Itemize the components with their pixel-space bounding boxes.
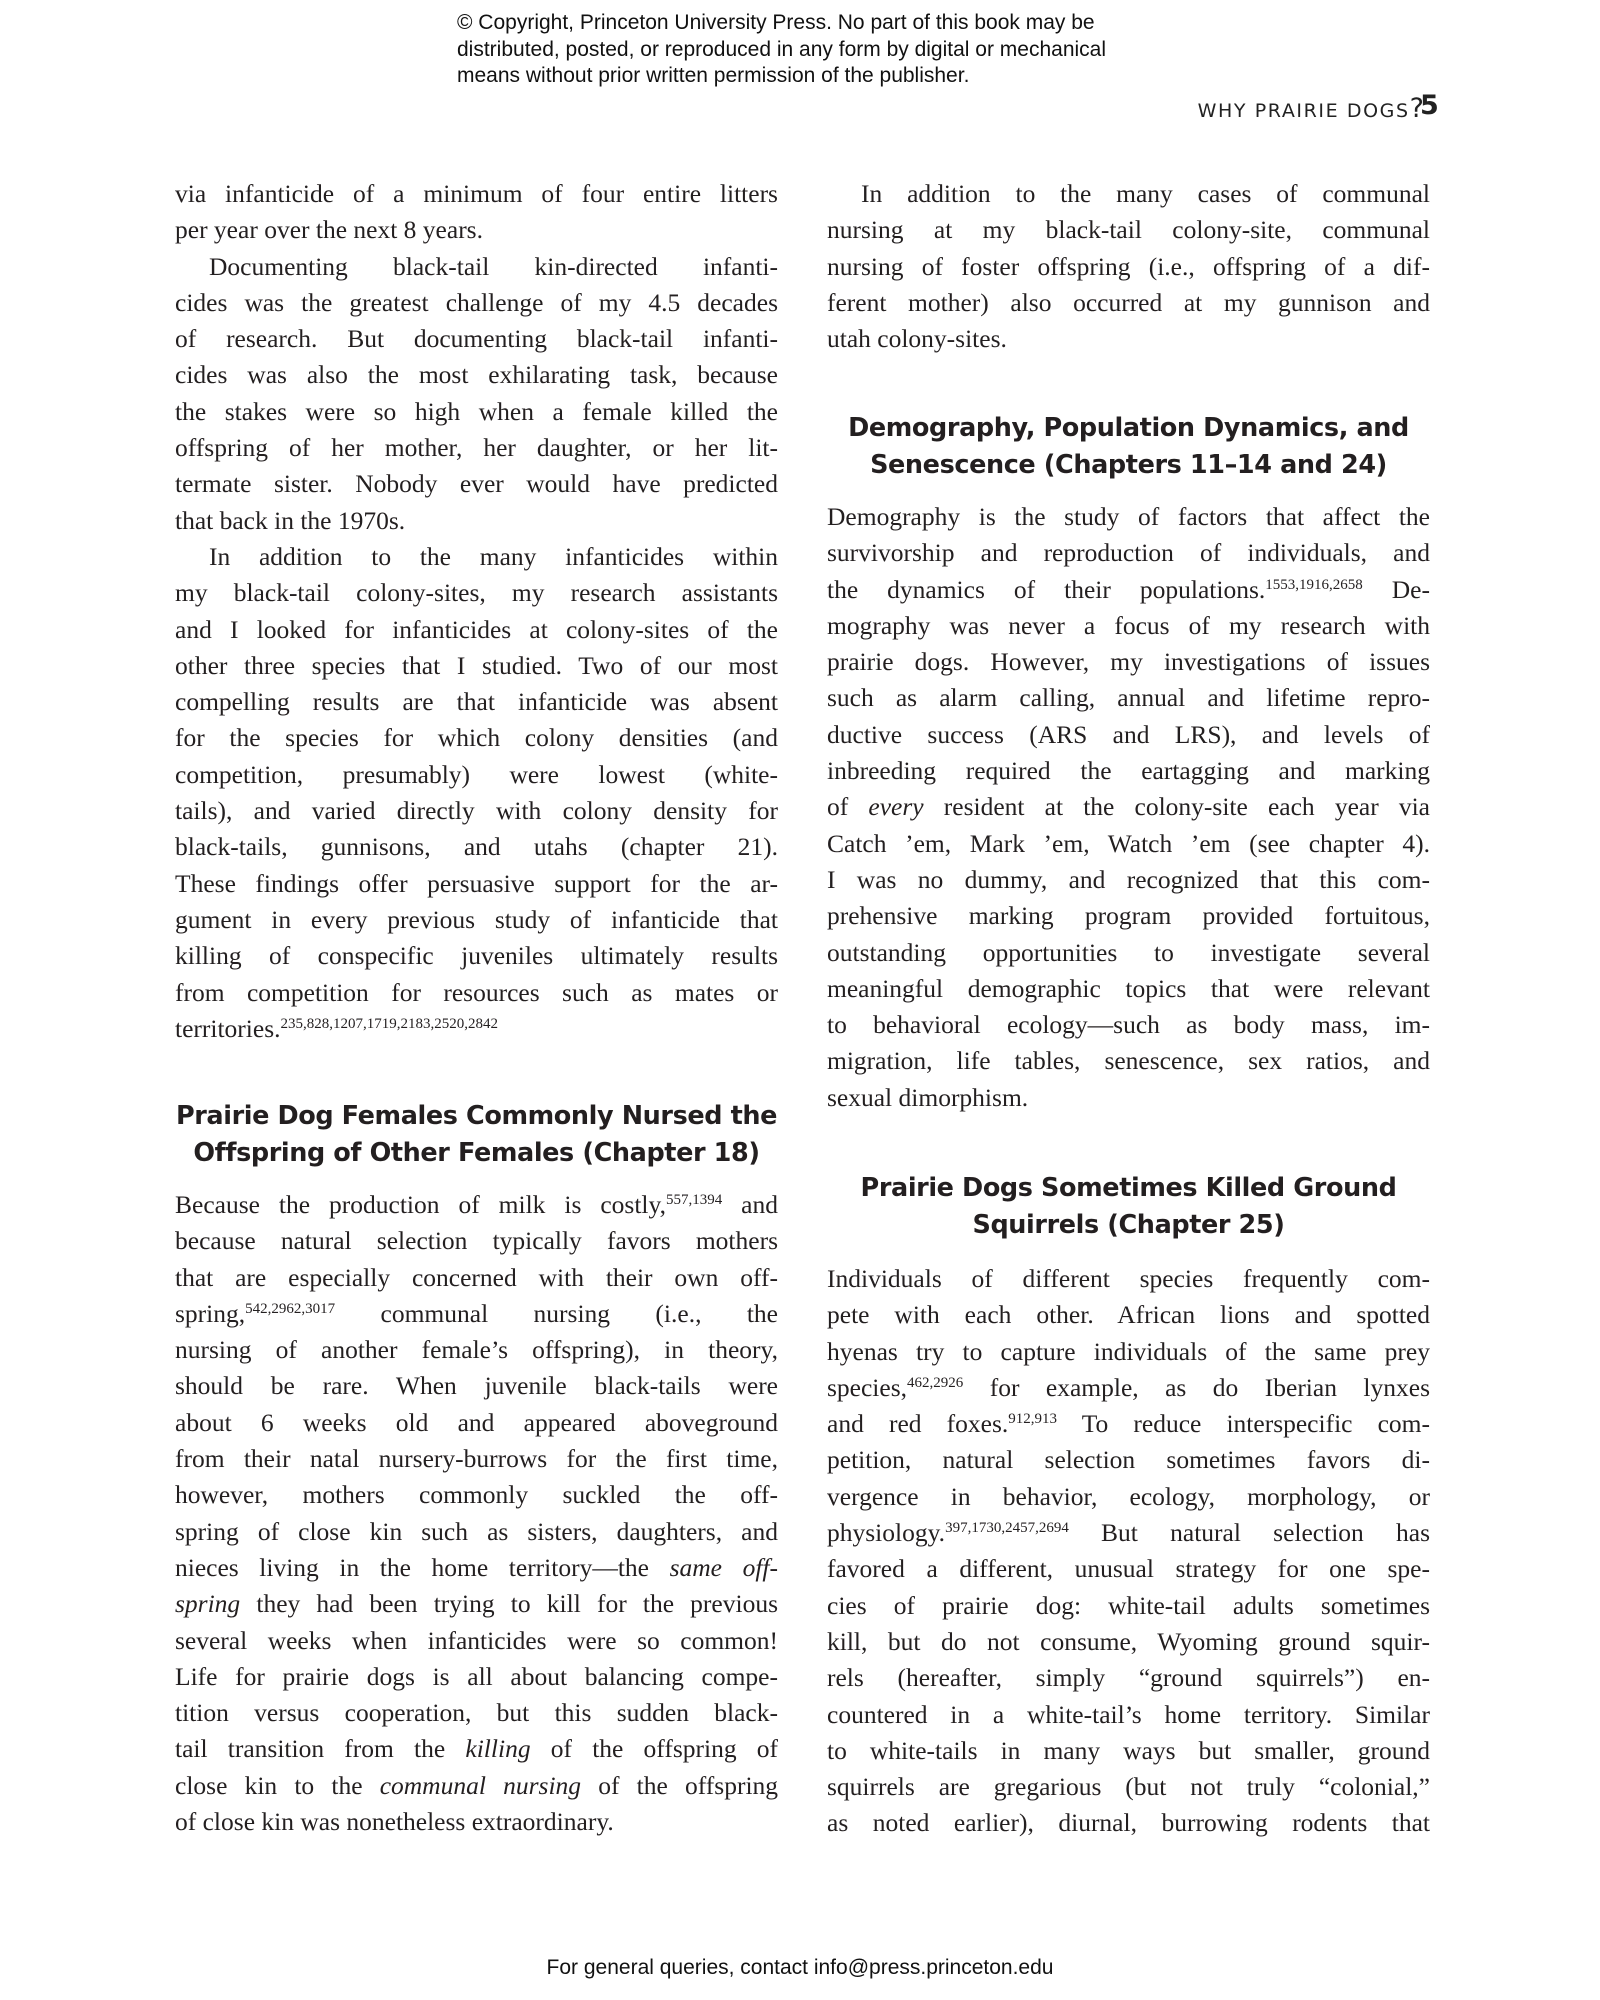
copyright-line: distributed, posted, or reproduced in an… [457, 37, 1217, 64]
italic-span: communal nursing [380, 1771, 581, 1800]
text-line: gument in every previous study of infant… [175, 902, 778, 938]
text-line: In addition to the many infanticides wit… [175, 539, 778, 575]
text-span: De- [1392, 575, 1430, 604]
text-line: tition versus cooperation, but this sudd… [175, 1695, 778, 1731]
text-line: as noted earlier), diurnal, burrowing ro… [827, 1805, 1430, 1841]
citation: 542,2962,3017 [245, 1301, 335, 1317]
heading-line: Demography, Population Dynamics, and [827, 410, 1430, 447]
text-line: close kin to the communal nursing of the… [175, 1768, 778, 1804]
text-line: petition, natural selection sometimes fa… [827, 1442, 1430, 1478]
copyright-line: © Copyright, Princeton University Press.… [457, 10, 1217, 37]
text-line: These findings offer persuasive support … [175, 866, 778, 902]
text-line: to white-tails in many ways but smaller,… [827, 1733, 1430, 1769]
text-line: outstanding opportunities to investigate… [827, 935, 1430, 971]
text-span: they had been trying to kill for the pre… [256, 1589, 778, 1618]
text-line: of close kin was nonetheless extraordina… [175, 1804, 778, 1840]
text-span: To reduce interspecific com- [1082, 1409, 1430, 1438]
text-line: because natural selection typically favo… [175, 1223, 778, 1259]
text-line: territories.235,828,1207,1719,2183,2520,… [175, 1011, 778, 1047]
text-span: spring, [175, 1299, 245, 1328]
text-line: migration, life tables, senescence, sex … [827, 1043, 1430, 1079]
text-line: my black-tail colony-sites, my research … [175, 575, 778, 611]
text-line: squirrels are gregarious (but not truly … [827, 1769, 1430, 1805]
text-line: for the species for which colony densiti… [175, 720, 778, 756]
text-line: competition, presumably) were lowest (wh… [175, 757, 778, 793]
text-line: other three species that I studied. Two … [175, 648, 778, 684]
text-line: physiology.397,1730,2457,2694 But natura… [827, 1515, 1430, 1551]
text-span: nieces living in the home territory—the [175, 1553, 649, 1582]
text-span: of the offspring [598, 1771, 778, 1800]
italic-span: killing [465, 1734, 530, 1763]
paragraph: Because the production of milk is costly… [175, 1187, 778, 1840]
text-line: tail transition from the killing of the … [175, 1731, 778, 1767]
paragraph: In addition to the many cases of communa… [827, 176, 1430, 357]
text-line: survivorship and reproduction of individ… [827, 535, 1430, 571]
text-line: and I looked for infanticides at colony-… [175, 612, 778, 648]
text-line: meaningful demographic topics that were … [827, 971, 1430, 1007]
text-line: from their natal nursery-burrows for the… [175, 1441, 778, 1477]
text-line: Catch ’em, Mark ’em, Watch ’em (see chap… [827, 826, 1430, 862]
copyright-line: means without prior written permission o… [457, 63, 1217, 90]
text-span: of the offspring of [551, 1734, 778, 1763]
text-line: nursing of another female’s offspring), … [175, 1332, 778, 1368]
heading-line: Squirrels (Chapter 25) [827, 1207, 1430, 1244]
text-line: ductive success (ARS and LRS), and level… [827, 717, 1430, 753]
running-head-title: WHY PRAIRIE DOGS [1198, 100, 1410, 122]
text-line: termate sister. Nobody ever would have p… [175, 466, 778, 502]
text-span: physiology. [827, 1518, 945, 1547]
text-line: prairie dogs. However, my investigations… [827, 644, 1430, 680]
text-line: utah colony-sites. [827, 321, 1430, 357]
text-line: that back in the 1970s. [175, 503, 778, 539]
text-line: such as alarm calling, annual and lifeti… [827, 680, 1430, 716]
text-line: vergence in behavior, ecology, morpholog… [827, 1479, 1430, 1515]
text-line: cies of prairie dog: white-tail adults s… [827, 1588, 1430, 1624]
text-line: of research. But documenting black-tail … [175, 321, 778, 357]
text-span: territories. [175, 1014, 281, 1043]
text-span: of [827, 792, 848, 821]
text-line: spring they had been trying to kill for … [175, 1586, 778, 1622]
citation: 397,1730,2457,2694 [945, 1520, 1069, 1536]
paragraph: Demography is the study of factors that … [827, 499, 1430, 1116]
text-span: and red foxes. [827, 1409, 1008, 1438]
citation: 1553,1916,2658 [1265, 577, 1363, 593]
text-line: several weeks when infanticides were so … [175, 1623, 778, 1659]
text-line: nieces living in the home territory—the … [175, 1550, 778, 1586]
text-span: for example, as do Iberian lynxes [990, 1373, 1430, 1402]
section-heading-demography: Demography, Population Dynamics, and Sen… [827, 410, 1430, 483]
text-line: offspring of her mother, her daughter, o… [175, 430, 778, 466]
text-line: the dynamics of their populations.1553,1… [827, 572, 1430, 608]
text-line: species,462,2926 for example, as do Iber… [827, 1370, 1430, 1406]
text-line: tails), and varied directly with colony … [175, 793, 778, 829]
text-line: pete with each other. African lions and … [827, 1297, 1430, 1333]
text-span: species, [827, 1373, 907, 1402]
text-line: Demography is the study of factors that … [827, 499, 1430, 535]
text-line: sexual dimorphism. [827, 1080, 1430, 1116]
text-line: Documenting black-tail kin-directed infa… [175, 249, 778, 285]
paragraph: Individuals of different species frequen… [827, 1261, 1430, 1842]
heading-line: Offspring of Other Females (Chapter 18) [175, 1135, 778, 1172]
italic-span: every [868, 792, 923, 821]
text-line: to behavioral ecology—such as body mass,… [827, 1007, 1430, 1043]
text-span: close kin to the [175, 1771, 363, 1800]
text-span: tail transition from the [175, 1734, 445, 1763]
text-line: that are especially concerned with their… [175, 1260, 778, 1296]
text-line: rels (hereafter, simply “ground squirrel… [827, 1660, 1430, 1696]
text-span: Because the production of milk is costly… [175, 1190, 666, 1219]
text-line: cides was also the most exhilarating tas… [175, 357, 778, 393]
text-span: communal nursing (i.e., the [381, 1299, 778, 1328]
text-line: the stakes were so high when a female ki… [175, 394, 778, 430]
text-line: nursing of foster offspring (i.e., offsp… [827, 249, 1430, 285]
citation: 462,2926 [907, 1375, 963, 1391]
text-line: I was no dummy, and recognized that this… [827, 862, 1430, 898]
text-line: killing of conspecific juveniles ultimat… [175, 938, 778, 974]
text-line: Individuals of different species frequen… [827, 1261, 1430, 1297]
text-line: about 6 weeks old and appeared abovegrou… [175, 1405, 778, 1441]
page-number: 5 [1420, 90, 1439, 121]
copyright-notice: © Copyright, Princeton University Press.… [457, 10, 1217, 90]
text-line: In addition to the many cases of communa… [827, 176, 1430, 212]
text-line: from competition for resources such as m… [175, 975, 778, 1011]
citation: 557,1394 [666, 1192, 722, 1208]
text-line: kill, but do not consume, Wyoming ground… [827, 1624, 1430, 1660]
text-line: inbreeding required the eartagging and m… [827, 753, 1430, 789]
section-heading-communal-nursing: Prairie Dog Females Commonly Nursed the … [175, 1098, 778, 1171]
text-span: and [741, 1190, 778, 1219]
citation: 235,828,1207,1719,2183,2520,2842 [281, 1016, 499, 1032]
text-line: prehensive marking program provided fort… [827, 898, 1430, 934]
text-span: resident at the colony-site each year vi… [944, 792, 1430, 821]
text-span: the dynamics of their populations. [827, 575, 1265, 604]
text-line: ferent mother) also occurred at my gunni… [827, 285, 1430, 321]
italic-span: same off- [670, 1553, 778, 1582]
text-line: spring,542,2962,3017 communal nursing (i… [175, 1296, 778, 1332]
running-head: WHY PRAIRIE DOGS? [1198, 93, 1424, 124]
text-line: and red foxes.912,913 To reduce interspe… [827, 1406, 1430, 1442]
text-line: however, mothers commonly suckled the of… [175, 1477, 778, 1513]
italic-span: spring [175, 1589, 240, 1618]
text-line: via infanticide of a minimum of four ent… [175, 176, 778, 212]
text-line: per year over the next 8 years. [175, 212, 778, 248]
text-line: Life for prairie dogs is all about balan… [175, 1659, 778, 1695]
heading-line: Prairie Dogs Sometimes Killed Ground [827, 1170, 1430, 1207]
text-line: should be rare. When juvenile black-tail… [175, 1368, 778, 1404]
heading-line: Prairie Dog Females Commonly Nursed the [175, 1098, 778, 1135]
text-span: But natural selection has [1101, 1518, 1430, 1547]
footer-contact: For general queries, contact info@press.… [0, 1956, 1600, 1980]
citation: 912,913 [1008, 1411, 1057, 1427]
text-line: favored a different, unusual strategy fo… [827, 1551, 1430, 1587]
heading-line: Senescence (Chapters 11–14 and 24) [827, 447, 1430, 484]
text-line: mography was never a focus of my researc… [827, 608, 1430, 644]
text-line: spring of close kin such as sisters, dau… [175, 1514, 778, 1550]
text-line: compelling results are that infanticide … [175, 684, 778, 720]
text-line: hyenas try to capture individuals of the… [827, 1334, 1430, 1370]
text-line: cides was the greatest challenge of my 4… [175, 285, 778, 321]
text-line: Because the production of milk is costly… [175, 1187, 778, 1223]
section-heading-ground-squirrels: Prairie Dogs Sometimes Killed Ground Squ… [827, 1170, 1430, 1243]
paragraph: via infanticide of a minimum of four ent… [175, 176, 778, 1047]
text-line: black-tails, gunnisons, and utahs (chapt… [175, 829, 778, 865]
text-line: of every resident at the colony-site eac… [827, 789, 1430, 825]
text-line: countered in a white-tail’s home territo… [827, 1697, 1430, 1733]
text-line: nursing at my black-tail colony-site, co… [827, 212, 1430, 248]
